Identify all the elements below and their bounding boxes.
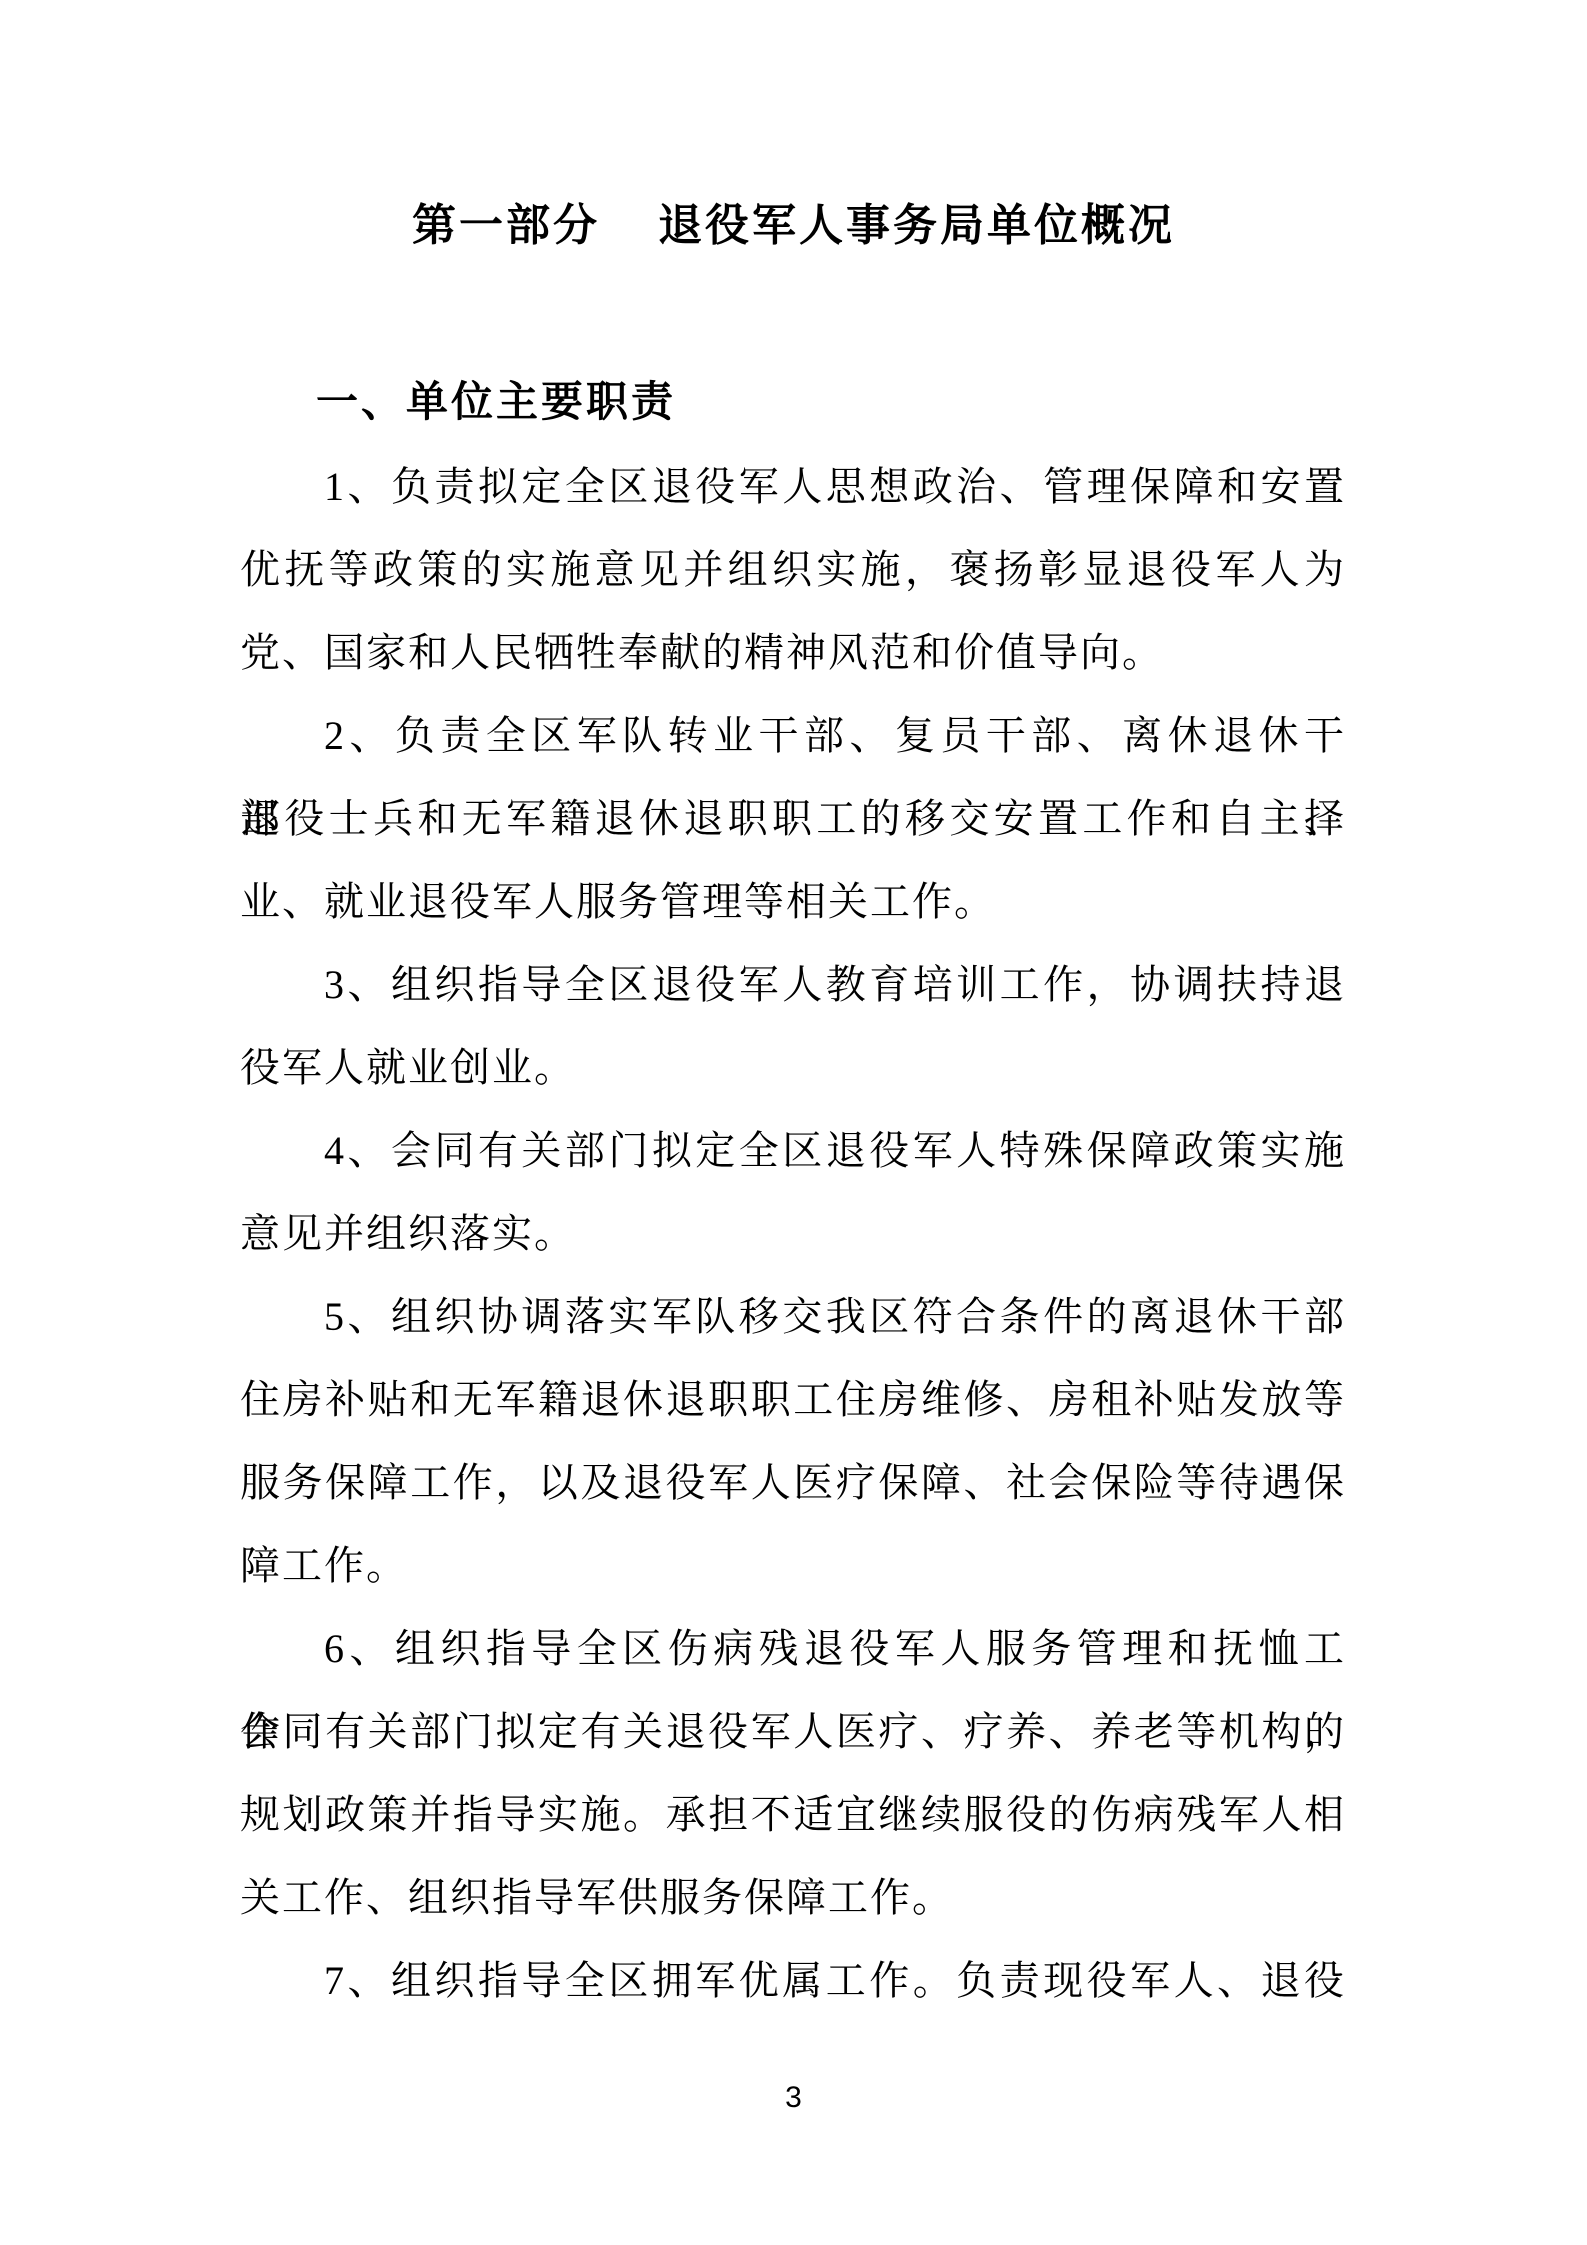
paragraph-line: 1、负责拟定全区退役军人思想政治、管理保障和安置 — [240, 445, 1346, 528]
paragraph-line: 意见并组织落实。 — [240, 1192, 1346, 1275]
paragraph-line: 业、就业退役军人服务管理等相关工作。 — [240, 860, 1346, 943]
paragraph-line: 服务保障工作，以及退役军人医疗保障、社会保险等待遇保 — [240, 1441, 1346, 1524]
paragraph: 6、组织指导全区伤病残退役军人服务管理和抚恤工作，会同有关部门拟定有关退役军人医… — [240, 1607, 1346, 1939]
document-body: 1、负责拟定全区退役军人思想政治、管理保障和安置优抚等政策的实施意见并组织实施，… — [240, 445, 1346, 2022]
paragraph-line: 住房补贴和无军籍退休退职职工住房维修、房租补贴发放等 — [240, 1358, 1346, 1441]
paragraph-line: 6、组织指导全区伤病残退役军人服务管理和抚恤工作， — [240, 1607, 1346, 1690]
paragraph: 1、负责拟定全区退役军人思想政治、管理保障和安置优抚等政策的实施意见并组织实施，… — [240, 445, 1346, 694]
document-title-part1: 第一部分 — [412, 201, 600, 250]
paragraph-line: 7、组织指导全区拥军优属工作。负责现役军人、退役 — [240, 1939, 1346, 2022]
document-page: 第一部分退役军人事务局单位概况 一、单位主要职责 1、负责拟定全区退役军人思想政… — [0, 0, 1587, 2245]
paragraph-line: 3、组织指导全区退役军人教育培训工作，协调扶持退 — [240, 943, 1346, 1026]
paragraph-line: 4、会同有关部门拟定全区退役军人特殊保障政策实施 — [240, 1109, 1346, 1192]
paragraph: 5、组织协调落实军队移交我区符合条件的离退休干部住房补贴和无军籍退休退职职工住房… — [240, 1275, 1346, 1607]
paragraph-line: 5、组织协调落实军队移交我区符合条件的离退休干部 — [240, 1275, 1346, 1358]
paragraph-line: 会同有关部门拟定有关退役军人医疗、疗养、养老等机构的 — [240, 1690, 1346, 1773]
paragraph: 2、负责全区军队转业干部、复员干部、离休退休干部、退役士兵和无军籍退休退职职工的… — [240, 694, 1346, 943]
document-title: 第一部分退役军人事务局单位概况 — [0, 198, 1587, 254]
paragraph-line: 2、负责全区军队转业干部、复员干部、离休退休干部、 — [240, 694, 1346, 777]
paragraph-line: 退役士兵和无军籍退休退职职工的移交安置工作和自主择 — [240, 777, 1346, 860]
paragraph-line: 役军人就业创业。 — [240, 1026, 1346, 1109]
paragraph-line: 障工作。 — [240, 1524, 1346, 1607]
paragraph: 7、组织指导全区拥军优属工作。负责现役军人、退役 — [240, 1939, 1346, 2022]
page-number: 3 — [0, 2078, 1587, 2118]
paragraph-line: 优抚等政策的实施意见并组织实施，褒扬彰显退役军人为 — [240, 528, 1346, 611]
paragraph-line: 党、国家和人民牺牲奉献的精神风范和价值导向。 — [240, 611, 1346, 694]
paragraph-line: 规划政策并指导实施。承担不适宜继续服役的伤病残军人相 — [240, 1773, 1346, 1856]
paragraph-line: 关工作、组织指导军供服务保障工作。 — [240, 1856, 1346, 1939]
section-heading: 一、单位主要职责 — [316, 374, 676, 430]
document-title-part2: 退役军人事务局单位概况 — [658, 198, 1175, 254]
paragraph: 3、组织指导全区退役军人教育培训工作，协调扶持退役军人就业创业。 — [240, 943, 1346, 1109]
paragraph: 4、会同有关部门拟定全区退役军人特殊保障政策实施意见并组织落实。 — [240, 1109, 1346, 1275]
